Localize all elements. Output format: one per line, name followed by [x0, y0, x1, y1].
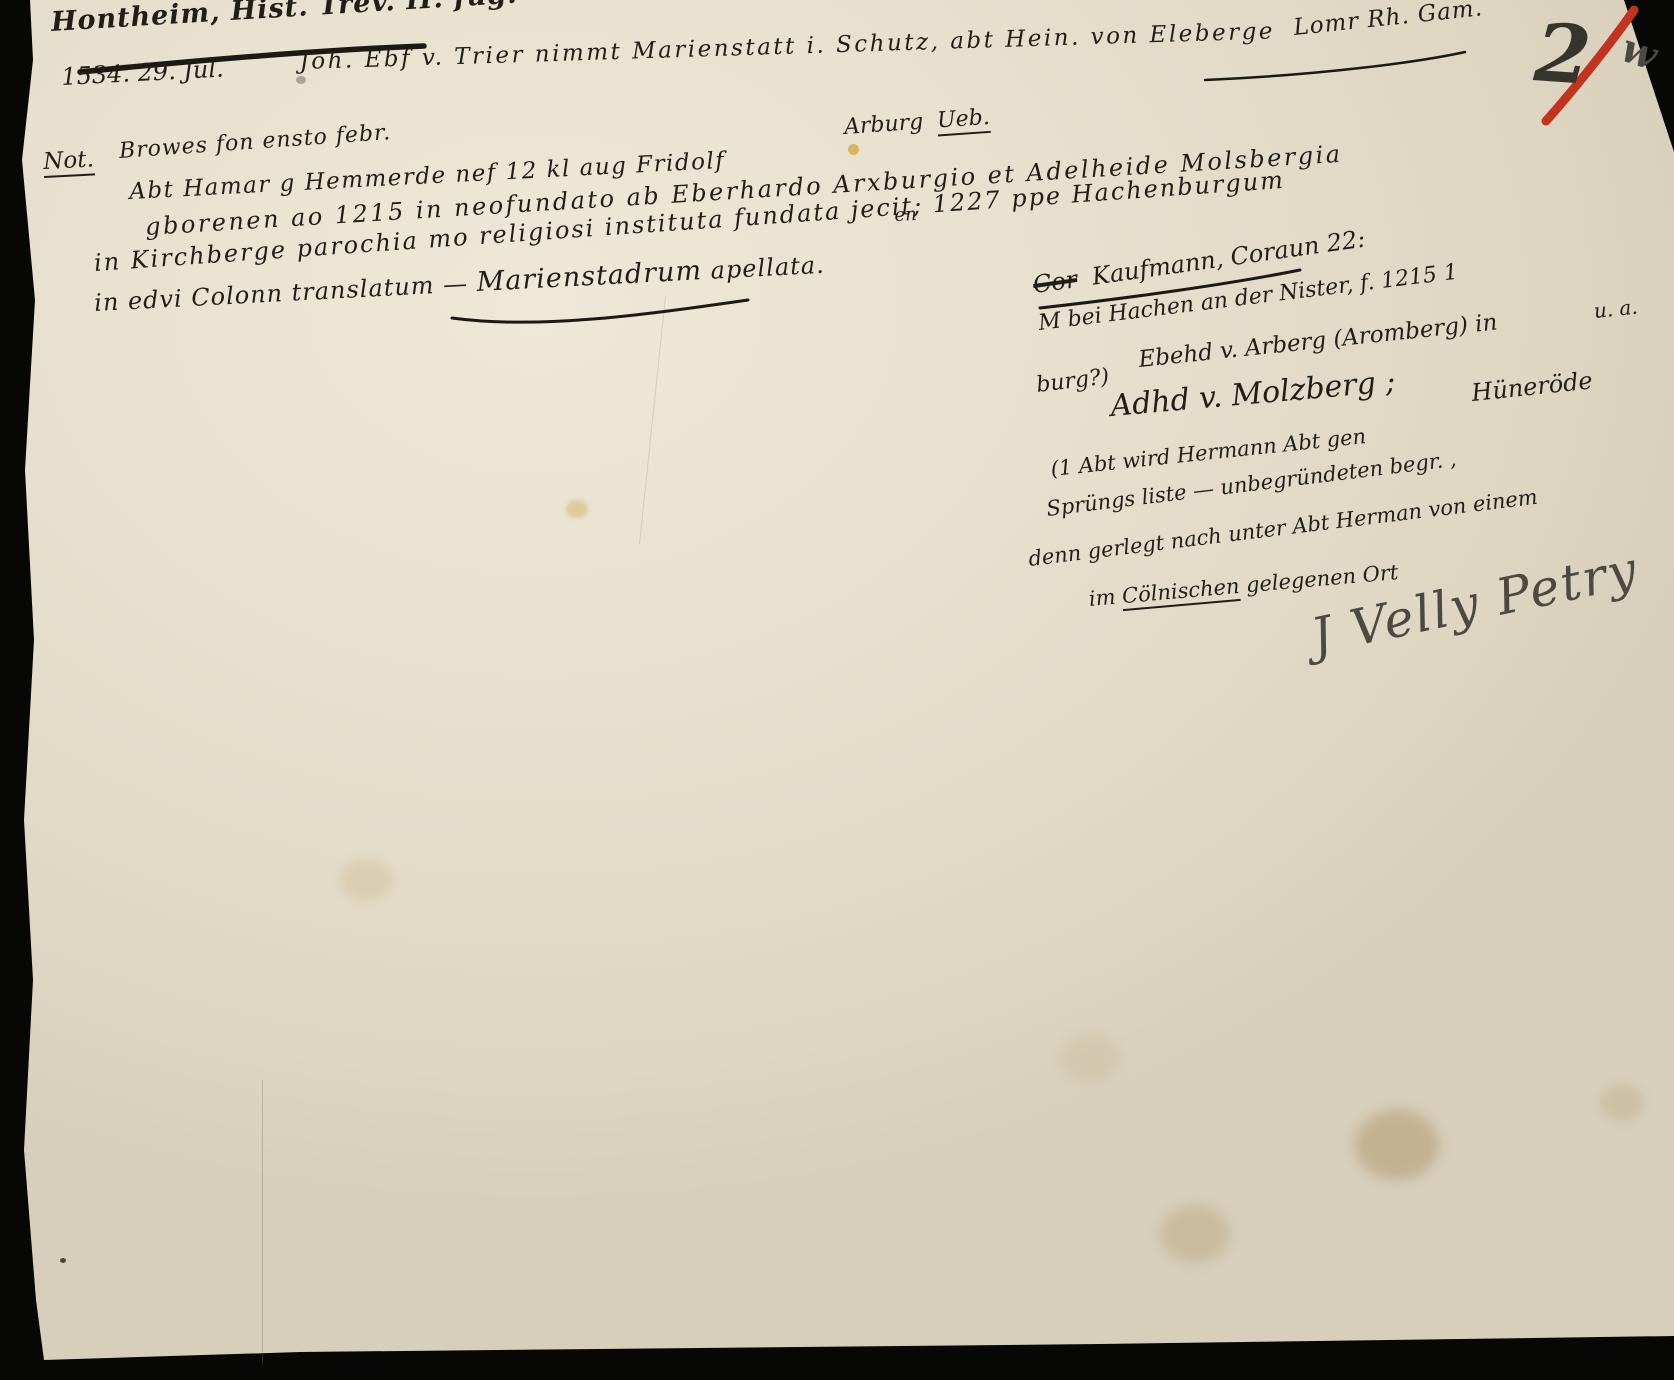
side-note-line-2-right: u. a. [1593, 296, 1639, 322]
note-line-5-post: apellata. [701, 251, 825, 285]
note-label: Not. [43, 147, 95, 175]
page-number: 2 [1532, 8, 1594, 100]
scanned-manuscript-page: { "document_kind": "handwritten archival… [0, 0, 1674, 1380]
note-label-text: Not. [43, 146, 95, 178]
note-insertion-word: Arburg [843, 110, 924, 140]
side-note-line-7-pre: im [1088, 584, 1123, 611]
note-insertion-abbrev: Ueb. [936, 105, 990, 137]
